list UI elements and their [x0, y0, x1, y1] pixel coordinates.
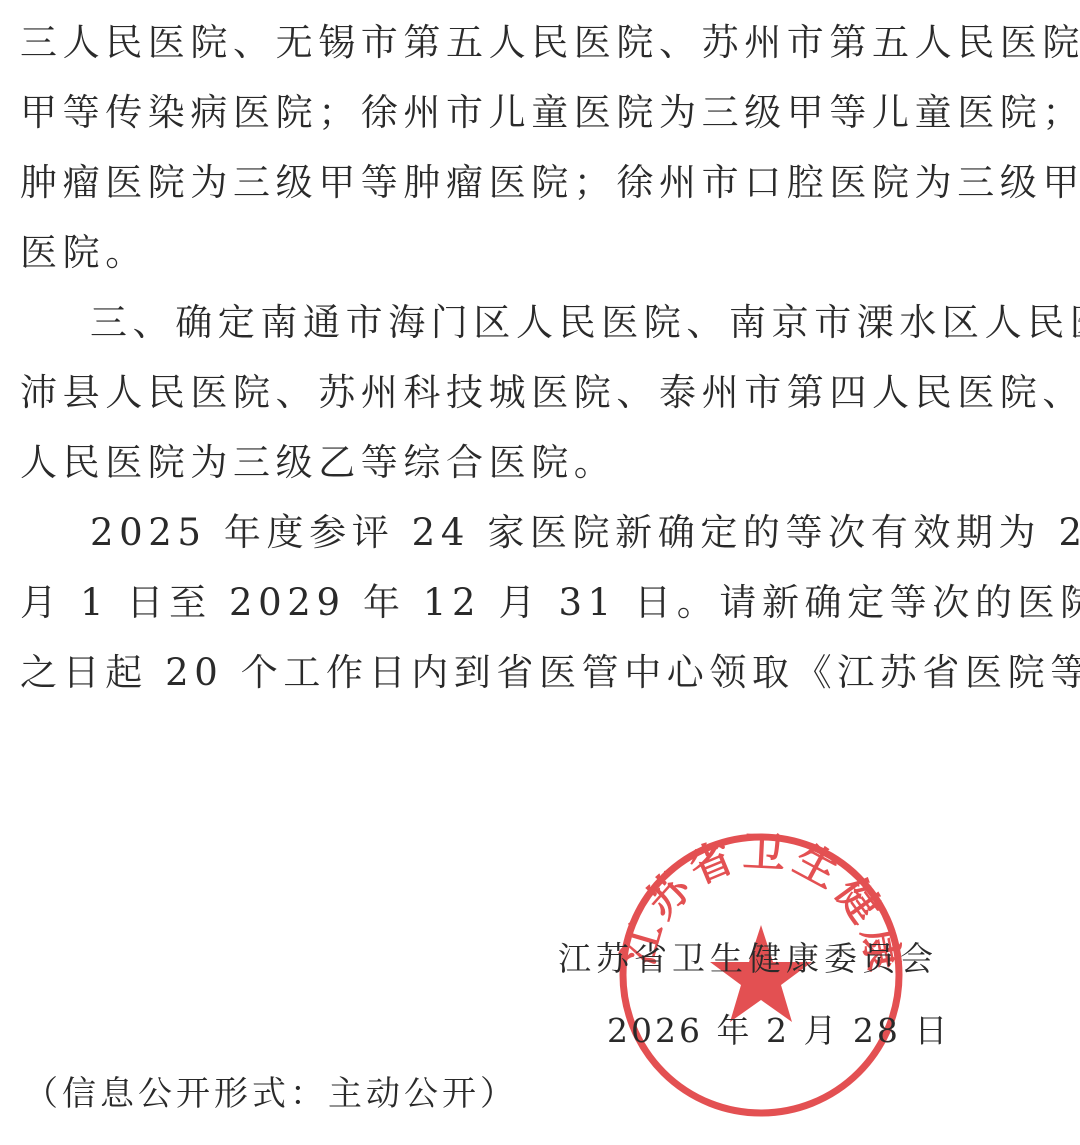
paragraph-line: 甲等传染病医院；徐州市儿童医院为三级甲等儿童医院；南通市: [20, 94, 1060, 131]
paragraph-line: 沛县人民医院、苏州科技城医院、泰州市第四人民医院、句容市: [20, 374, 1060, 411]
issue-date: 2026 年 2 月 28 日: [607, 1005, 950, 1052]
document-page: 三人民医院、无锡市第五人民医院、苏州市第五人民医院为三级 甲等传染病医院；徐州市…: [0, 0, 1080, 1145]
issuer-signature: 江苏省卫生健康委员会: [558, 933, 938, 980]
paragraph-line: 三人民医院、无锡市第五人民医院、苏州市第五人民医院为三级: [20, 24, 1060, 61]
disclosure-note: （信息公开形式：主动公开）: [24, 1066, 518, 1115]
paragraph-line: 医院。: [20, 234, 1060, 271]
paragraph-line: 2025 年度参评 24 家医院新确定的等次有效期为 2026 年 1: [90, 514, 1060, 551]
paragraph-line: 肿瘤医院为三级甲等肿瘤医院；徐州市口腔医院为三级甲等口腔: [20, 164, 1060, 201]
paragraph-line: 月 1 日至 2029 年 12 月 31 日。请新确定等次的医院于文件下发: [20, 584, 1060, 621]
paragraph-line: 人民医院为三级乙等综合医院。: [20, 444, 1060, 481]
paragraph-line: 之日起 20 个工作日内到省医管中心领取《江苏省医院等级证书》。: [20, 654, 1060, 691]
paragraph-line: 三、确定南通市海门区人民医院、南京市溧水区人民医院、: [90, 304, 1060, 341]
